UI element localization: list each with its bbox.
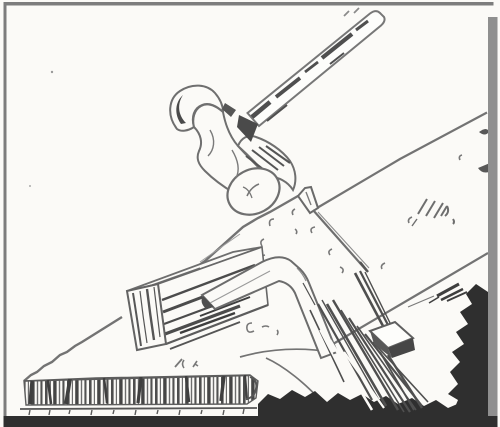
frame-right-bar <box>488 17 498 417</box>
engraving-figure: workbench top bench end-grain hatching <box>0 0 500 427</box>
frame-top <box>4 2 494 6</box>
illustration-canvas: workbench top bench end-grain hatching <box>0 0 500 427</box>
frame-left <box>4 2 7 422</box>
bench-end-grain: bench end-grain hatching <box>20 375 258 415</box>
frame-bottom-band <box>4 416 498 427</box>
